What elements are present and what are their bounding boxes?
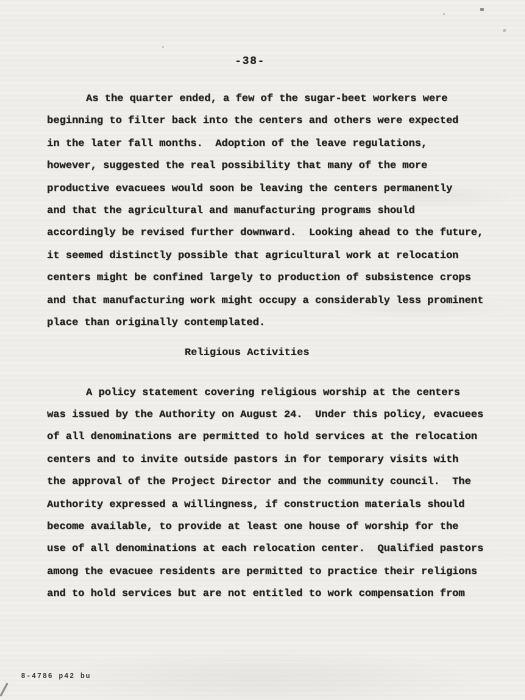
- section-heading: Religious Activities: [47, 342, 447, 364]
- text-line: centers might be confined largely to pro…: [47, 267, 499, 289]
- text-line: in the later fall months. Adoption of th…: [47, 133, 499, 155]
- scan-speck: [443, 13, 445, 15]
- text-line: and that the agricultural and manufactur…: [47, 200, 499, 222]
- text-line: beginning to filter back into the center…: [47, 110, 499, 132]
- text-line: was issued by the Authority on August 24…: [47, 404, 499, 426]
- page-number: -38-: [0, 56, 500, 68]
- scan-speck: [480, 8, 484, 11]
- paragraph-1: As the quarter ended, a few of the sugar…: [47, 88, 499, 334]
- text-line: and to hold services but are not entitle…: [47, 583, 499, 605]
- text-line: accordingly be revised further downward.…: [47, 222, 499, 244]
- text-line: it seemed distinctly possible that agric…: [47, 245, 499, 267]
- text-line: the approval of the Project Director and…: [47, 471, 499, 493]
- scan-speck: [162, 46, 164, 48]
- scanned-page: -38- As the quarter ended, a few of the …: [0, 0, 525, 700]
- footer-code: 8-4786 p42 bu: [21, 673, 91, 681]
- text-line: of all denominations are permitted to ho…: [47, 426, 499, 448]
- text-line: become available, to provide at least on…: [47, 516, 499, 538]
- document-body: As the quarter ended, a few of the sugar…: [47, 88, 499, 606]
- text-line: place than originally contemplated.: [47, 312, 499, 334]
- text-line: As the quarter ended, a few of the sugar…: [47, 88, 499, 110]
- text-line: centers and to invite outside pastors in…: [47, 449, 499, 471]
- text-line: however, suggested the real possibility …: [47, 155, 499, 177]
- text-line: productive evacuees would soon be leavin…: [47, 178, 499, 200]
- text-line: and that manufacturing work might occupy…: [47, 290, 499, 312]
- scan-speck: [503, 29, 506, 32]
- text-line: Authority expressed a willingness, if co…: [47, 494, 499, 516]
- text-line: use of all denominations at each relocat…: [47, 538, 499, 560]
- text-line: among the evacuee residents are permitte…: [47, 561, 499, 583]
- pencil-mark: [0, 683, 8, 697]
- text-line: A policy statement covering religious wo…: [47, 382, 499, 404]
- paragraph-2: A policy statement covering religious wo…: [47, 382, 499, 606]
